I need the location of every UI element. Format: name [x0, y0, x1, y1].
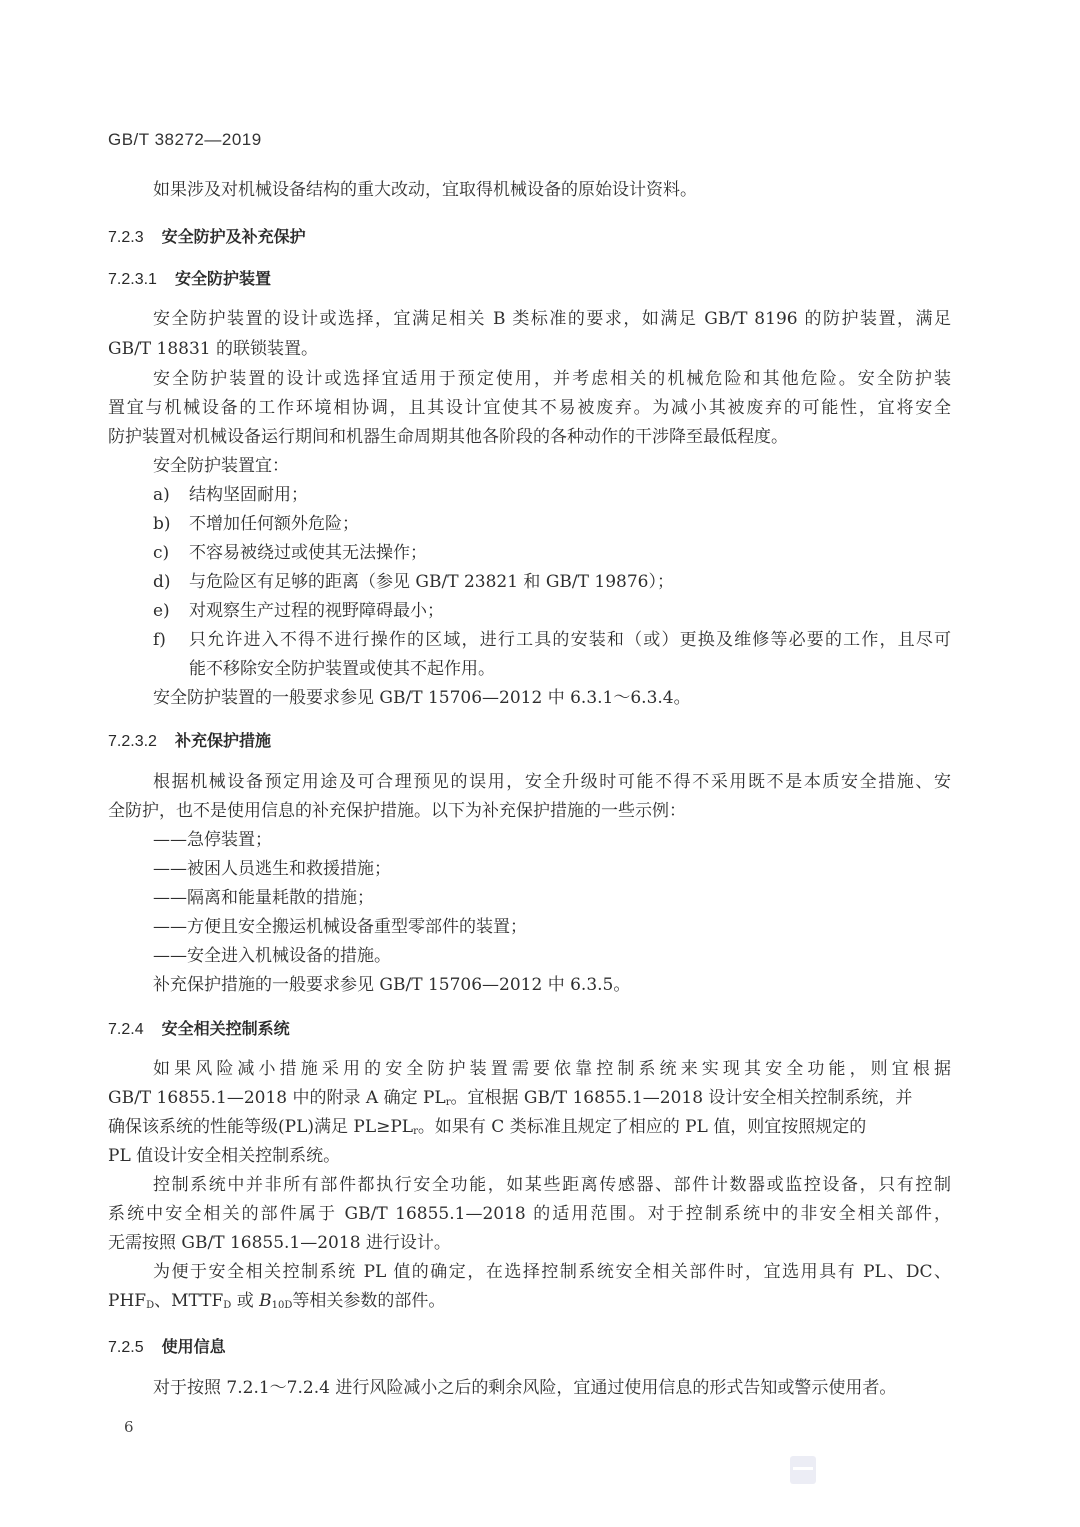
page-number: 6: [124, 1418, 134, 1436]
intro-paragraph: 如果涉及对机械设备结构的重大改动，宜取得机械设备的原始设计资料。: [153, 176, 697, 204]
list-item: c)不容易被绕过或使其无法操作；: [153, 539, 169, 567]
paragraph-line: 防护装置对机械设备运行期间和机器生命周期其他各阶段的各种动作的干涉降至最低程度。: [108, 423, 788, 451]
paragraph-line: 系统中安全相关的部件属于 GB/T 16855.1—2018 的适用范围。对于控…: [108, 1200, 951, 1228]
section-number: 7.2.5: [108, 1339, 144, 1356]
list-text: 不容易被绕过或使其无法操作；: [189, 539, 427, 567]
list-marker: a): [153, 485, 170, 505]
section-title: 安全防护及补充保护: [162, 227, 306, 246]
section-number: 7.2.3: [108, 229, 144, 246]
list-item: ——隔离和能量耗散的措施；: [153, 884, 374, 912]
paragraph-line: 如果风险减小措施采用的安全防护装置需要依靠控制系统来实现其安全功能，则宜根据: [153, 1055, 951, 1083]
list-text: 不增加任何额外危险；: [189, 510, 359, 538]
list-item: e)对观察生产过程的视野障碍最小；: [153, 597, 170, 625]
paragraph-line: 对于按照 7.2.1～7.2.4 进行风险减小之后的剩余风险，宜通过使用信息的形…: [153, 1374, 896, 1402]
list-item: ——急停装置；: [153, 826, 272, 854]
list-text: 结构坚固耐用；: [189, 481, 308, 509]
paragraph-line: GB/T 18831 的联锁装置。: [108, 335, 318, 363]
list-item: ——安全进入机械设备的措施。: [153, 942, 391, 970]
paragraph-line: 全防护，也不是使用信息的补充保护措施。以下为补充保护措施的一些示例：: [108, 797, 686, 825]
section-number: 7.2.3.1: [108, 271, 157, 288]
list-text: 只允许进入不得不进行操作的区域，进行工具的安装和（或）更换及维修等必要的工作，且…: [189, 626, 951, 654]
list-marker: f): [153, 630, 166, 650]
paragraph-line: 补充保护措施的一般要求参见 GB/T 15706—2012 中 6.3.5。: [153, 971, 630, 999]
section-heading-7-2-4: 7.2.4安全相关控制系统: [108, 1016, 290, 1039]
list-marker: e): [153, 601, 170, 621]
section-number: 7.2.4: [108, 1021, 144, 1038]
paragraph-line: 为便于安全相关控制系统 PL 值的确定，在选择控制系统安全相关部件时，宜选用具有…: [153, 1258, 951, 1286]
list-text: 对观察生产过程的视野障碍最小；: [189, 597, 444, 625]
paragraph-line: 置宜与机械设备的工作环境相协调，且其设计宜使其不易被废弃。为减小其被废弃的可能性…: [108, 394, 951, 422]
paragraph-line: 控制系统中并非所有部件都执行安全功能，如某些距离传感器、部件计数器或监控设备，只…: [153, 1171, 951, 1199]
paragraph-line: PHFD、MTTFD 或 B10D等相关参数的部件。: [108, 1287, 445, 1320]
section-heading-7-2-3-1: 7.2.3.1安全防护装置: [108, 266, 271, 289]
paragraph-line: 安全防护装置的一般要求参见 GB/T 15706—2012 中 6.3.1～6.…: [153, 684, 691, 712]
standard-code-header: GB/T 38272—2019: [108, 130, 262, 150]
section-title: 使用信息: [162, 1337, 226, 1356]
paragraph-line: 安全防护装置宜：: [153, 452, 289, 480]
list-item-continuation: 能不移除安全防护装置或使其不起作用。: [189, 655, 495, 683]
list-marker: c): [153, 543, 169, 563]
paragraph-line: 安全防护装置的设计或选择，宜满足相关 B 类标准的要求，如满足 GB/T 819…: [153, 305, 951, 333]
section-title: 补充保护措施: [175, 731, 271, 750]
section-heading-7-2-3-2: 7.2.3.2补充保护措施: [108, 728, 271, 751]
paragraph-line: PL 值设计安全相关控制系统。: [108, 1142, 340, 1170]
section-title: 安全防护装置: [175, 269, 271, 288]
section-heading-7-2-3: 7.2.3安全防护及补充保护: [108, 224, 306, 247]
section-heading-7-2-5: 7.2.5使用信息: [108, 1334, 226, 1357]
document-page: GB/T 38272—2019 如果涉及对机械设备结构的重大改动，宜取得机械设备…: [0, 0, 1080, 1527]
list-marker: d): [153, 572, 171, 592]
paragraph-line: 根据机械设备预定用途及可合理预见的误用，安全升级时可能不得不采用既不是本质安全措…: [153, 768, 951, 796]
list-item: b)不增加任何额外危险；: [153, 510, 171, 538]
section-number: 7.2.3.2: [108, 733, 157, 750]
list-marker: b): [153, 514, 171, 534]
list-item: ——被困人员逃生和救援措施；: [153, 855, 391, 883]
list-text: 与危险区有足够的距离（参见 GB/T 23821 和 GB/T 19876）；: [189, 568, 674, 596]
paragraph-line: 无需按照 GB/T 16855.1—2018 进行设计。: [108, 1229, 451, 1257]
list-item: a)结构坚固耐用；: [153, 481, 170, 509]
section-title: 安全相关控制系统: [162, 1019, 290, 1038]
list-item: f)只允许进入不得不进行操作的区域，进行工具的安装和（或）更换及维修等必要的工作…: [153, 626, 166, 654]
paragraph-line: 安全防护装置的设计或选择宜适用于预定使用，并考虑相关的机械危险和其他危险。安全防…: [153, 365, 951, 393]
list-item: d)与危险区有足够的距离（参见 GB/T 23821 和 GB/T 19876）…: [153, 568, 171, 596]
watermark-logo-icon: [790, 1456, 816, 1484]
list-item: ——方便且安全搬运机械设备重型零部件的装置；: [153, 913, 527, 941]
